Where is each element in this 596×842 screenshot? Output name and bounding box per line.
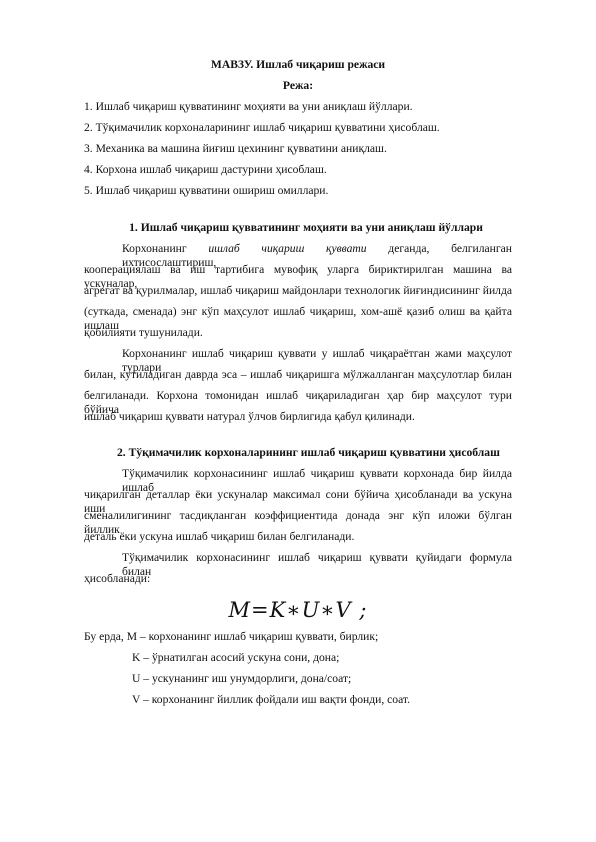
section1-paragraph1-line: қобилияти тушунилади. <box>84 326 512 340</box>
plan-item: 1. Ишлаб чиқариш қувватининг моҳияти ва … <box>84 100 512 114</box>
italic-term: ишлаб чиқариш қуввати <box>208 242 366 255</box>
plan-item: 5. Ишлаб чиқариш қувватини ошириш омилла… <box>84 184 512 198</box>
section1-heading: 1. Ишлаб чиқариш қувватининг моҳияти ва … <box>92 221 520 235</box>
section1-paragraph2-line: ишлаб чиқариш қуввати натурал ўлчов бирл… <box>84 410 512 424</box>
document-page: МАВЗУ. Ишлаб чиқариш режаси Режа: 1. Ишл… <box>0 0 596 842</box>
plan-item: 4. Корхона ишлаб чиқариш дастурини ҳисоб… <box>84 163 512 177</box>
capacity-formula: M=K∗U∗V ; <box>0 597 596 623</box>
section2-heading: 2. Тўқимачилик корхоналарининг ишлаб чиқ… <box>117 446 517 460</box>
plan-item: 2. Тўқимачилик корхоналарининг ишлаб чиқ… <box>84 121 512 135</box>
formula-legend-u: U – ускунанинг иш унумдорлиги, дона/соат… <box>132 672 512 686</box>
plan-heading: Режа: <box>84 79 512 93</box>
document-title: МАВЗУ. Ишлаб чиқариш режаси <box>84 58 512 72</box>
formula-legend-k: K – ўрнатилган асосий ускуна сони, дона; <box>132 651 512 665</box>
formula-legend-intro: Бу ерда, M – корхонанинг ишлаб чиқариш қ… <box>84 630 512 644</box>
section1-paragraph1-line: агрегат ва қурилмалар, ишлаб чиқариш май… <box>84 284 512 298</box>
text-run: Корхонанинг <box>122 242 208 255</box>
section1-paragraph2-line: билан, кутиладиган даврда эса – ишлаб чи… <box>84 368 512 382</box>
formula-legend-v: V – корхонанинг йиллик фойдали иш вақти … <box>132 693 512 707</box>
plan-item: 3. Механика ва машина йиғиш цехининг қув… <box>84 142 512 156</box>
section2-paragraph2-line: ҳисобланади: <box>84 572 512 586</box>
section2-paragraph1-line: деталь ёки ускуна ишлаб чиқариш билан бе… <box>84 530 512 544</box>
